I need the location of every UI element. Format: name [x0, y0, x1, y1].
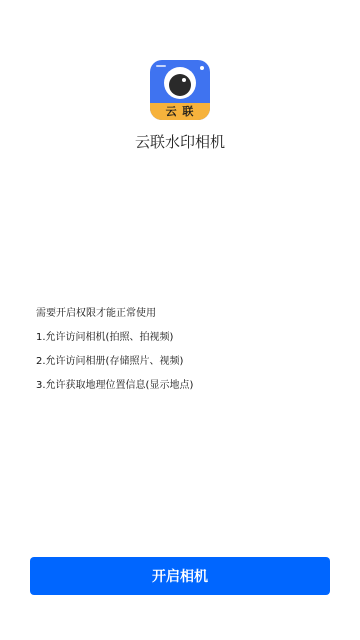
- icon-band-label: 云 联: [150, 103, 210, 119]
- flash-dot-icon: [200, 66, 204, 70]
- permissions-title: 需要开启权限才能正常使用: [36, 308, 193, 320]
- app-name: 云联水印相机: [0, 131, 360, 152]
- camera-lens-icon: [169, 74, 191, 96]
- permissions-list: 需要开启权限才能正常使用 1.允许访问相机(拍照、拍视频) 2.允许访问相册(存…: [36, 308, 193, 404]
- permission-item-camera: 1.允许访问相机(拍照、拍视频): [36, 332, 193, 344]
- camera-app-icon: 云 联: [150, 60, 210, 120]
- lens-glint: [182, 78, 186, 82]
- permission-item-album: 2.允许访问相册(存储照片、视频): [36, 356, 193, 368]
- open-camera-button[interactable]: 开启相机: [30, 557, 330, 595]
- icon-highlight: [156, 65, 166, 67]
- permission-item-location: 3.允许获取地理位置信息(显示地点): [36, 380, 193, 392]
